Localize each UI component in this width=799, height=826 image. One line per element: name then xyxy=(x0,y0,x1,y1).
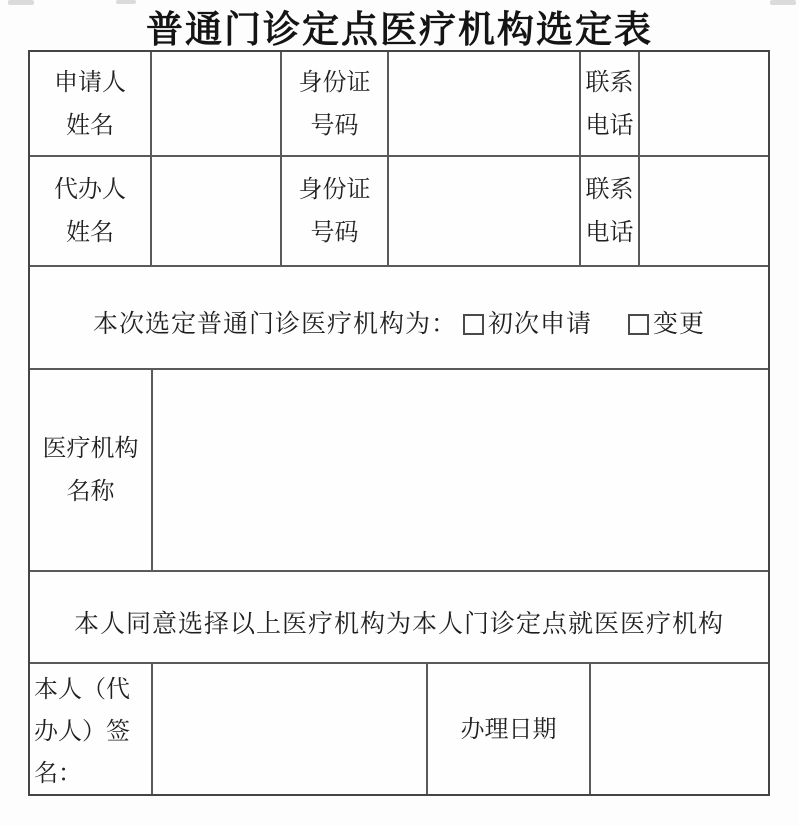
scanned-form-page: 普通门诊定点医疗机构选定表 申请人 姓名 身份证 号码 联系 电话 代办人 姓名… xyxy=(0,0,799,826)
processing-date-input-cell[interactable] xyxy=(589,664,768,794)
scan-artifact xyxy=(116,0,136,4)
signature-input-cell[interactable] xyxy=(151,664,426,794)
form-table: 申请人 姓名 身份证 号码 联系 电话 代办人 姓名 身份证 号码 联系 电话 … xyxy=(28,50,770,796)
option-change: 变更 xyxy=(628,303,705,346)
option-first-application: 初次申请 xyxy=(463,303,592,346)
applicant-id-input-cell[interactable] xyxy=(387,52,579,155)
change-checkbox-icon[interactable] xyxy=(628,314,649,335)
first-application-label: 初次申请 xyxy=(488,303,592,346)
signature-label: 本人（代 办人）签 名： xyxy=(30,664,151,794)
processing-date-label: 办理日期 xyxy=(426,664,589,794)
agent-phone-input-cell[interactable] xyxy=(638,157,768,265)
scan-artifact xyxy=(8,0,34,5)
institution-name-label: 医疗机构 名称 xyxy=(30,370,151,570)
agreement-row: 本人同意选择以上医疗机构为本人门诊定点就医医疗机构 xyxy=(30,570,768,662)
agent-name-label: 代办人 姓名 xyxy=(30,157,150,265)
agent-id-label: 身份证 号码 xyxy=(280,157,387,265)
change-label: 变更 xyxy=(653,303,705,346)
applicant-id-label: 身份证 号码 xyxy=(280,52,387,155)
institution-name-input-cell[interactable] xyxy=(151,370,768,570)
applicant-name-label: 申请人 姓名 xyxy=(30,52,150,155)
agent-id-input-cell[interactable] xyxy=(387,157,579,265)
form-title: 普通门诊定点医疗机构选定表 xyxy=(0,8,799,52)
applicant-phone-label: 联系 电话 xyxy=(579,52,638,155)
first-application-checkbox-icon[interactable] xyxy=(463,314,484,335)
signature-row: 本人（代 办人）签 名： 办理日期 xyxy=(30,662,768,794)
applicant-name-input-cell[interactable] xyxy=(150,52,280,155)
agent-row: 代办人 姓名 身份证 号码 联系 电话 xyxy=(30,155,768,265)
institution-row: 医疗机构 名称 xyxy=(30,368,768,570)
applicant-row: 申请人 姓名 身份证 号码 联系 电话 xyxy=(30,52,768,155)
scan-artifact xyxy=(770,0,796,5)
selection-cell: 本次选定普通门诊医疗机构为： 初次申请 变更 xyxy=(30,267,768,368)
selection-row: 本次选定普通门诊医疗机构为： 初次申请 变更 xyxy=(30,265,768,368)
applicant-phone-input-cell[interactable] xyxy=(638,52,768,155)
agent-phone-label: 联系 电话 xyxy=(579,157,638,265)
agent-name-input-cell[interactable] xyxy=(150,157,280,265)
agreement-text: 本人同意选择以上医疗机构为本人门诊定点就医医疗机构 xyxy=(30,572,768,662)
selection-prompt: 本次选定普通门诊医疗机构为： xyxy=(93,303,457,346)
